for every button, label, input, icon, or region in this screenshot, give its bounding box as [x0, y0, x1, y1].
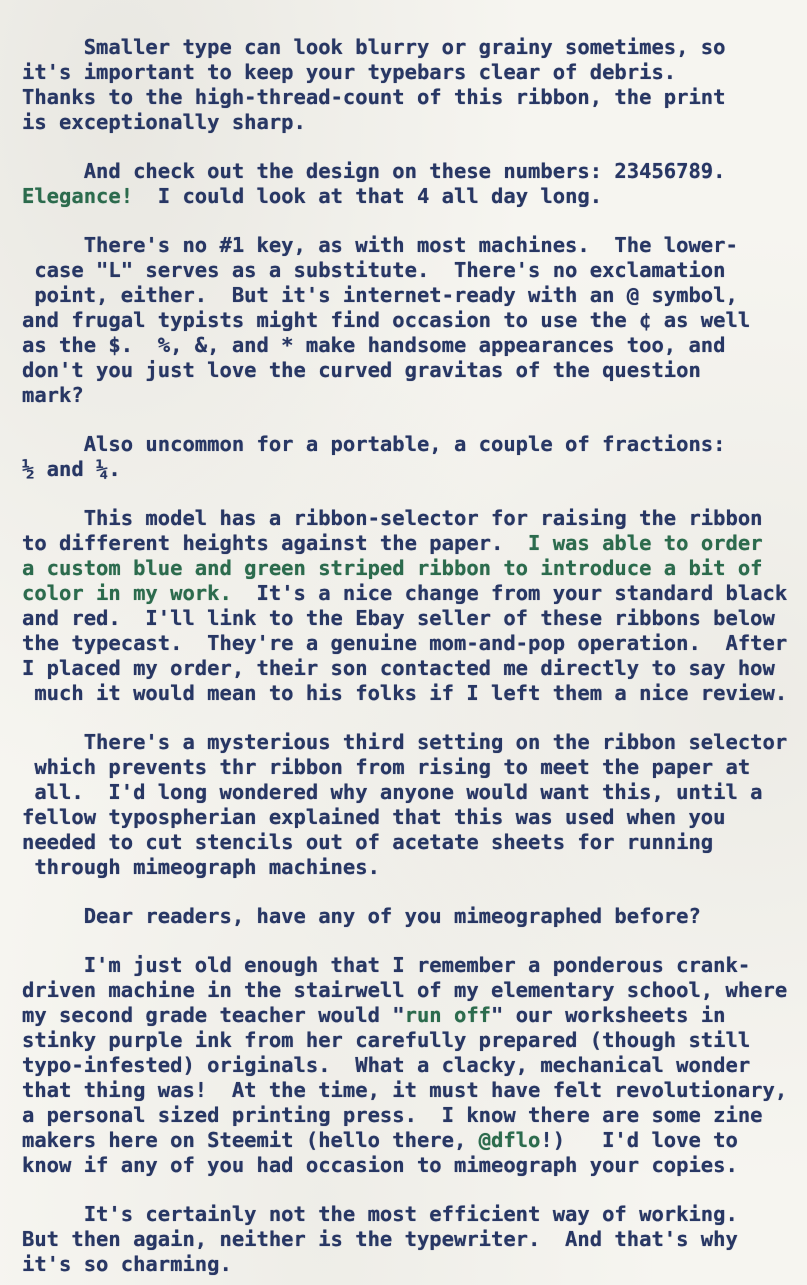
- typed-text: I'm just old enough that I remember a po…: [22, 953, 750, 977]
- typed-text: Also uncommon for a portable, a couple o…: [22, 432, 726, 456]
- typed-text: all. I'd long wondered why anyone would …: [22, 780, 763, 804]
- typed-text: case "L" serves as a substitute. There's…: [22, 258, 726, 282]
- text-line: as the $. %, &, and * make handsome appe…: [22, 333, 799, 358]
- paragraph: And check out the design on these number…: [22, 159, 799, 209]
- typed-text: fellow typospherian explained that this …: [22, 805, 726, 829]
- typed-text: much it would mean to his folks if I lef…: [22, 681, 787, 705]
- typed-text: needed to cut stencils out of acetate sh…: [22, 830, 713, 854]
- text-line: driven machine in the stairwell of my el…: [22, 978, 799, 1003]
- typed-text: through mimeograph machines.: [22, 855, 380, 879]
- green-ink-text: color in my work.: [22, 581, 232, 605]
- green-ink-text: run off: [405, 1003, 491, 1027]
- green-ink-text: I was able to order: [528, 531, 763, 555]
- typed-text: my second grade teacher would ": [22, 1003, 405, 1027]
- text-line: know if any of you had occasion to mimeo…: [22, 1153, 799, 1178]
- text-line: I placed my order, their son contacted m…: [22, 656, 799, 681]
- text-line: Elegance! I could look at that 4 all day…: [22, 184, 799, 209]
- text-line: to different heights against the paper. …: [22, 531, 799, 556]
- text-line: Thanks to the high-thread-count of this …: [22, 85, 799, 110]
- paragraph: Dear readers, have any of you mimeograph…: [22, 904, 799, 929]
- typed-text: I could look at that 4 all day long.: [133, 184, 602, 208]
- typed-text: a personal sized printing press. I know …: [22, 1103, 763, 1127]
- text-line: that thing was! At the time, it must hav…: [22, 1078, 799, 1103]
- typed-text: It's certainly not the most efficient wa…: [22, 1202, 738, 1226]
- typed-text: is exceptionally sharp.: [22, 110, 306, 134]
- paragraph: I'm just old enough that I remember a po…: [22, 953, 799, 1178]
- text-line: a custom blue and green striped ribbon t…: [22, 556, 799, 581]
- typed-text: mark?: [22, 383, 84, 407]
- text-line: point, either. But it's internet-ready w…: [22, 283, 799, 308]
- text-line: There's a mysterious third setting on th…: [22, 730, 799, 755]
- text-line: it's so charming.: [22, 1252, 799, 1277]
- text-line: all. I'd long wondered why anyone would …: [22, 780, 799, 805]
- typed-text: that thing was! At the time, it must hav…: [22, 1078, 787, 1102]
- typed-text: it's important to keep your typebars cle…: [22, 60, 676, 84]
- text-line: ½ and ¼.: [22, 457, 799, 482]
- typed-text: And check out the design on these number…: [22, 159, 726, 183]
- text-line: typo-infested) originals. What a clacky,…: [22, 1053, 799, 1078]
- typed-text: Dear readers, have any of you mimeograph…: [22, 904, 701, 928]
- typed-text: It's a nice change from your standard bl…: [232, 581, 787, 605]
- typed-text: driven machine in the stairwell of my el…: [22, 978, 787, 1002]
- text-line: I'm just old enough that I remember a po…: [22, 953, 799, 978]
- text-line: case "L" serves as a substitute. There's…: [22, 258, 799, 283]
- paragraph: There's a mysterious third setting on th…: [22, 730, 799, 880]
- text-line: There's no #1 key, as with most machines…: [22, 233, 799, 258]
- typed-text: But then again, neither is the typewrite…: [22, 1227, 738, 1251]
- paragraph: Smaller type can look blurry or grainy s…: [22, 35, 799, 135]
- typed-text: to different heights against the paper.: [22, 531, 528, 555]
- text-line: needed to cut stencils out of acetate sh…: [22, 830, 799, 855]
- document-body: Smaller type can look blurry or grainy s…: [22, 35, 799, 1277]
- text-line: a personal sized printing press. I know …: [22, 1103, 799, 1128]
- paragraph: Also uncommon for a portable, a couple o…: [22, 432, 799, 482]
- typed-text: the typecast. They're a genuine mom-and-…: [22, 631, 787, 655]
- text-line: makers here on Steemit (hello there, @df…: [22, 1128, 799, 1153]
- text-line: This model has a ribbon-selector for rai…: [22, 506, 799, 531]
- typed-text: typo-infested) originals. What a clacky,…: [22, 1053, 750, 1077]
- text-line: it's important to keep your typebars cle…: [22, 60, 799, 85]
- text-line: Dear readers, have any of you mimeograph…: [22, 904, 799, 929]
- paragraph: There's no #1 key, as with most machines…: [22, 233, 799, 408]
- typed-text: ½ and ¼.: [22, 457, 121, 481]
- typed-text: There's no #1 key, as with most machines…: [22, 233, 738, 257]
- text-line: color in my work. It's a nice change fro…: [22, 581, 799, 606]
- text-line: But then again, neither is the typewrite…: [22, 1227, 799, 1252]
- typed-text: Smaller type can look blurry or grainy s…: [22, 35, 726, 59]
- typed-text: which prevents thr ribbon from rising to…: [22, 755, 750, 779]
- text-line: through mimeograph machines.: [22, 855, 799, 880]
- text-line: much it would mean to his folks if I lef…: [22, 681, 799, 706]
- typed-text: This model has a ribbon-selector for rai…: [22, 506, 763, 530]
- text-line: mark?: [22, 383, 799, 408]
- typed-text: There's a mysterious third setting on th…: [22, 730, 787, 754]
- typed-text: and frugal typists might find occasion t…: [22, 308, 750, 332]
- green-ink-text: a custom blue and green striped ribbon t…: [22, 556, 763, 580]
- green-ink-text: @dflo: [479, 1128, 541, 1152]
- typed-page: Smaller type can look blurry or grainy s…: [0, 0, 807, 1285]
- text-line: the typecast. They're a genuine mom-and-…: [22, 631, 799, 656]
- typed-text: " our worksheets in: [491, 1003, 726, 1027]
- text-line: fellow typospherian explained that this …: [22, 805, 799, 830]
- paragraph: This model has a ribbon-selector for rai…: [22, 506, 799, 706]
- text-line: and frugal typists might find occasion t…: [22, 308, 799, 333]
- text-line: my second grade teacher would "run off" …: [22, 1003, 799, 1028]
- typed-text: I placed my order, their son contacted m…: [22, 656, 775, 680]
- text-line: It's certainly not the most efficient wa…: [22, 1202, 799, 1227]
- paragraph: It's certainly not the most efficient wa…: [22, 1202, 799, 1277]
- text-line: don't you just love the curved gravitas …: [22, 358, 799, 383]
- typed-text: stinky purple ink from her carefully pre…: [22, 1028, 750, 1052]
- text-line: stinky purple ink from her carefully pre…: [22, 1028, 799, 1053]
- green-ink-text: Elegance!: [22, 184, 133, 208]
- typed-text: don't you just love the curved gravitas …: [22, 358, 701, 382]
- text-line: and red. I'll link to the Ebay seller of…: [22, 606, 799, 631]
- typed-text: and red. I'll link to the Ebay seller of…: [22, 606, 775, 630]
- typed-text: point, either. But it's internet-ready w…: [22, 283, 738, 307]
- typed-text: !) I'd love to: [540, 1128, 737, 1152]
- text-line: is exceptionally sharp.: [22, 110, 799, 135]
- typed-text: it's so charming.: [22, 1252, 232, 1276]
- text-line: which prevents thr ribbon from rising to…: [22, 755, 799, 780]
- typed-text: Thanks to the high-thread-count of this …: [22, 85, 726, 109]
- text-line: Smaller type can look blurry or grainy s…: [22, 35, 799, 60]
- text-line: Also uncommon for a portable, a couple o…: [22, 432, 799, 457]
- typed-text: makers here on Steemit (hello there,: [22, 1128, 479, 1152]
- text-line: And check out the design on these number…: [22, 159, 799, 184]
- typed-text: know if any of you had occasion to mimeo…: [22, 1153, 738, 1177]
- typed-text: as the $. %, &, and * make handsome appe…: [22, 333, 726, 357]
